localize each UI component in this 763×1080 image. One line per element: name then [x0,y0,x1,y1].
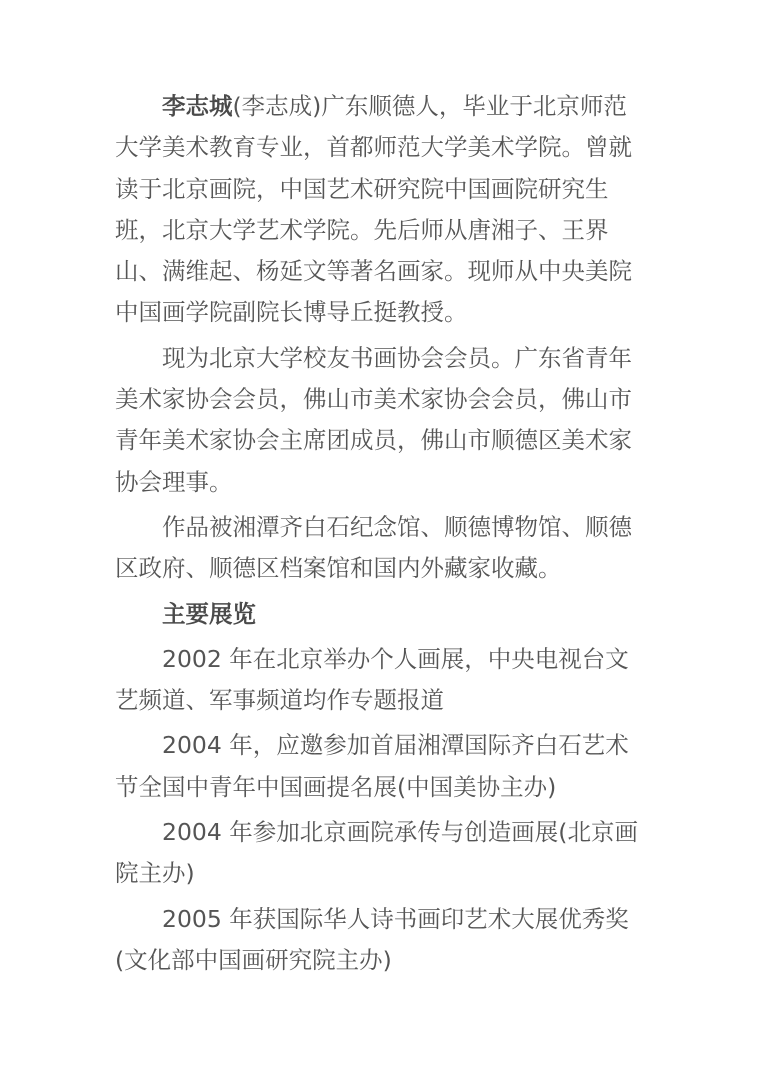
exhibitions-heading: 主要展览 [115,594,645,635]
memberships-paragraph: 现为北京大学校友书画协会会员。广东省青年美术家协会会员，佛山市美术家协会会员，佛… [115,338,645,503]
bio-paragraph: 李志城(李志成)广东顺德人，毕业于北京师范大学美术教育专业，首都师范大学美术学院… [115,86,645,334]
document-body: 李志城(李志成)广东顺德人，毕业于北京师范大学美术教育专业，首都师范大学美术学院… [115,86,645,981]
exhibition-item: 2002 年在北京举办个人画展，中央电视台文艺频道、军事频道均作专题报道 [115,639,645,722]
bio-text: (李志成)广东顺德人，毕业于北京师范大学美术教育专业，首都师范大学美术学院。曾就… [115,92,632,326]
artist-name: 李志城 [162,92,233,120]
exhibition-item: 2004 年，应邀参加首届湘潭国际齐白石艺术节全国中青年中国画提名展(中国美协主… [115,725,645,808]
collections-paragraph: 作品被湘潭齐白石纪念馆、顺德博物馆、顺德区政府、顺德区档案馆和国内外藏家收藏。 [115,507,645,590]
exhibition-item: 2004 年参加北京画院承传与创造画展(北京画院主办) [115,812,645,895]
exhibition-item: 2005 年获国际华人诗书画印艺术大展优秀奖(文化部中国画研究院主办) [115,899,645,982]
